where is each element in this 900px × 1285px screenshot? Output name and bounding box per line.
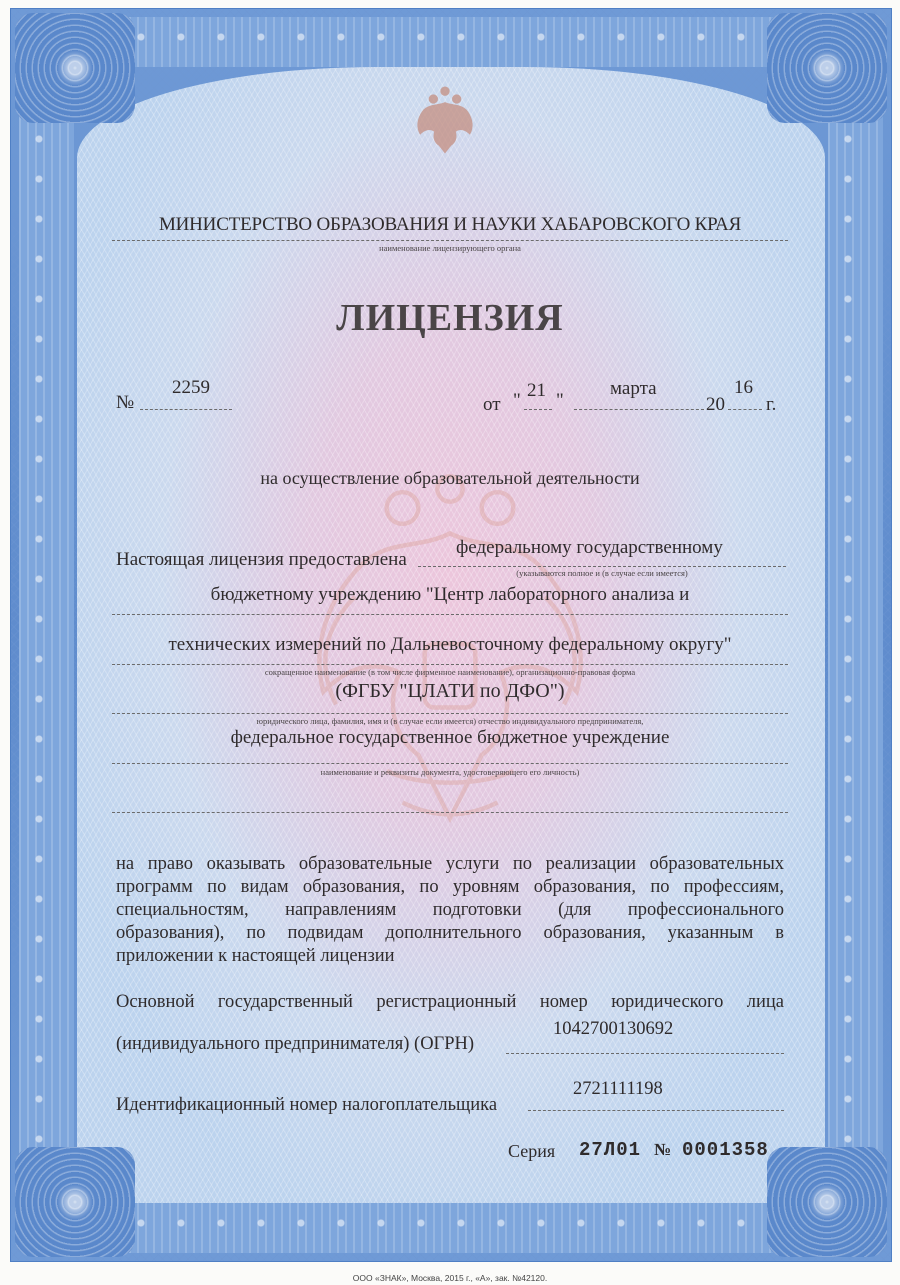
series-label: Серия bbox=[508, 1141, 555, 1162]
grantee-label: Настоящая лицензия предоставлена bbox=[116, 549, 407, 571]
coat-of-arms-icon bbox=[405, 85, 485, 155]
corner-ornament-icon bbox=[767, 13, 887, 123]
grantee-line-1: федеральному государственному bbox=[456, 537, 723, 559]
grantee-caption-2: сокращенное наименование (в том числе фи… bbox=[112, 667, 788, 677]
document-title: ЛИЦЕНЗИЯ bbox=[250, 296, 650, 340]
inn-label: Идентификационный номер налогоплательщик… bbox=[116, 1095, 497, 1116]
year-prefix: 20 bbox=[706, 394, 725, 416]
rights-line: образования), по подвидам дополнительног… bbox=[116, 922, 784, 945]
date-close-quote: " bbox=[556, 390, 564, 412]
day-rule bbox=[524, 409, 552, 410]
ogrn-label-line-1: Основной государственный регистрационный… bbox=[116, 992, 784, 1013]
date-open-quote: " bbox=[513, 390, 521, 412]
inn-rule bbox=[528, 1110, 784, 1111]
rights-line: специальностям, направлениям подготовки … bbox=[116, 899, 784, 922]
grantee-legal-form: федеральное государственное бюджетное уч… bbox=[112, 727, 788, 749]
grantee-line-3: технических измерений по Дальневосточном… bbox=[112, 634, 788, 656]
grantee-rule-4 bbox=[112, 713, 788, 714]
issuer-name: МИНИСТЕРСТВО ОБРАЗОВАНИЯ И НАУКИ ХАБАРОВ… bbox=[112, 214, 788, 236]
inn-value: 2721111198 bbox=[573, 1079, 663, 1100]
grantee-caption-1: (указываются полное и (в случае если име… bbox=[418, 568, 786, 578]
license-month: марта bbox=[610, 378, 657, 400]
ogrn-label-line-2: (индивидуального предпринимателя) (ОГРН) bbox=[116, 1034, 474, 1055]
grantee-line-2: бюджетному учреждению "Центр лабораторно… bbox=[112, 584, 788, 606]
license-number: 2259 bbox=[172, 377, 210, 399]
year-unit: г. bbox=[766, 394, 776, 416]
issuer-caption: наименование лицензирующего органа bbox=[112, 243, 788, 253]
rights-line: на право оказывать образовательные услуг… bbox=[116, 853, 784, 876]
license-year: 16 bbox=[734, 377, 753, 399]
number-rule bbox=[140, 409, 232, 410]
grantee-rule-5 bbox=[112, 763, 788, 764]
grantee-rule-1 bbox=[418, 566, 786, 567]
date-prefix: от bbox=[483, 394, 501, 416]
activity-type: на осуществление образовательной деятель… bbox=[112, 468, 788, 489]
grantee-rule-3 bbox=[112, 664, 788, 665]
issuer-rule bbox=[112, 240, 788, 241]
ogrn-value: 1042700130692 bbox=[553, 1019, 673, 1040]
series-code: 27Л01 bbox=[579, 1139, 641, 1161]
form-number: 0001358 bbox=[682, 1139, 769, 1161]
ornamental-border-top bbox=[81, 17, 821, 67]
license-day: 21 bbox=[527, 380, 546, 402]
grantee-rule-6 bbox=[112, 812, 788, 813]
number-label: № bbox=[116, 392, 134, 414]
corner-ornament-icon bbox=[767, 1147, 887, 1257]
year-rule bbox=[728, 409, 762, 410]
printer-imprint: ООО «ЗНАК», Москва, 2015 г., «А», зак. №… bbox=[250, 1273, 650, 1283]
series-number-sign: № bbox=[654, 1140, 671, 1160]
corner-ornament-icon bbox=[15, 13, 135, 123]
month-rule bbox=[574, 409, 704, 410]
ornamental-border-left bbox=[19, 79, 74, 1191]
grantee-short-name: (ФГБУ "ЦЛАТИ по ДФО") bbox=[112, 680, 788, 703]
ornamental-border-right bbox=[828, 79, 883, 1191]
ogrn-rule bbox=[506, 1053, 784, 1054]
grantee-caption-3: юридического лица, фамилия, имя и (в слу… bbox=[112, 716, 788, 726]
coat-of-arms-watermark-icon bbox=[290, 470, 610, 850]
rights-line: приложении к настоящей лицензии bbox=[116, 945, 784, 968]
rights-line: программ по видам образования, по уровня… bbox=[116, 876, 784, 899]
grantee-caption-4: наименование и реквизиты документа, удос… bbox=[112, 767, 788, 777]
corner-ornament-icon bbox=[15, 1147, 135, 1257]
rights-paragraph: на право оказывать образовательные услуг… bbox=[116, 853, 784, 968]
ornamental-border-bottom bbox=[81, 1203, 821, 1253]
grantee-rule-2 bbox=[112, 614, 788, 615]
